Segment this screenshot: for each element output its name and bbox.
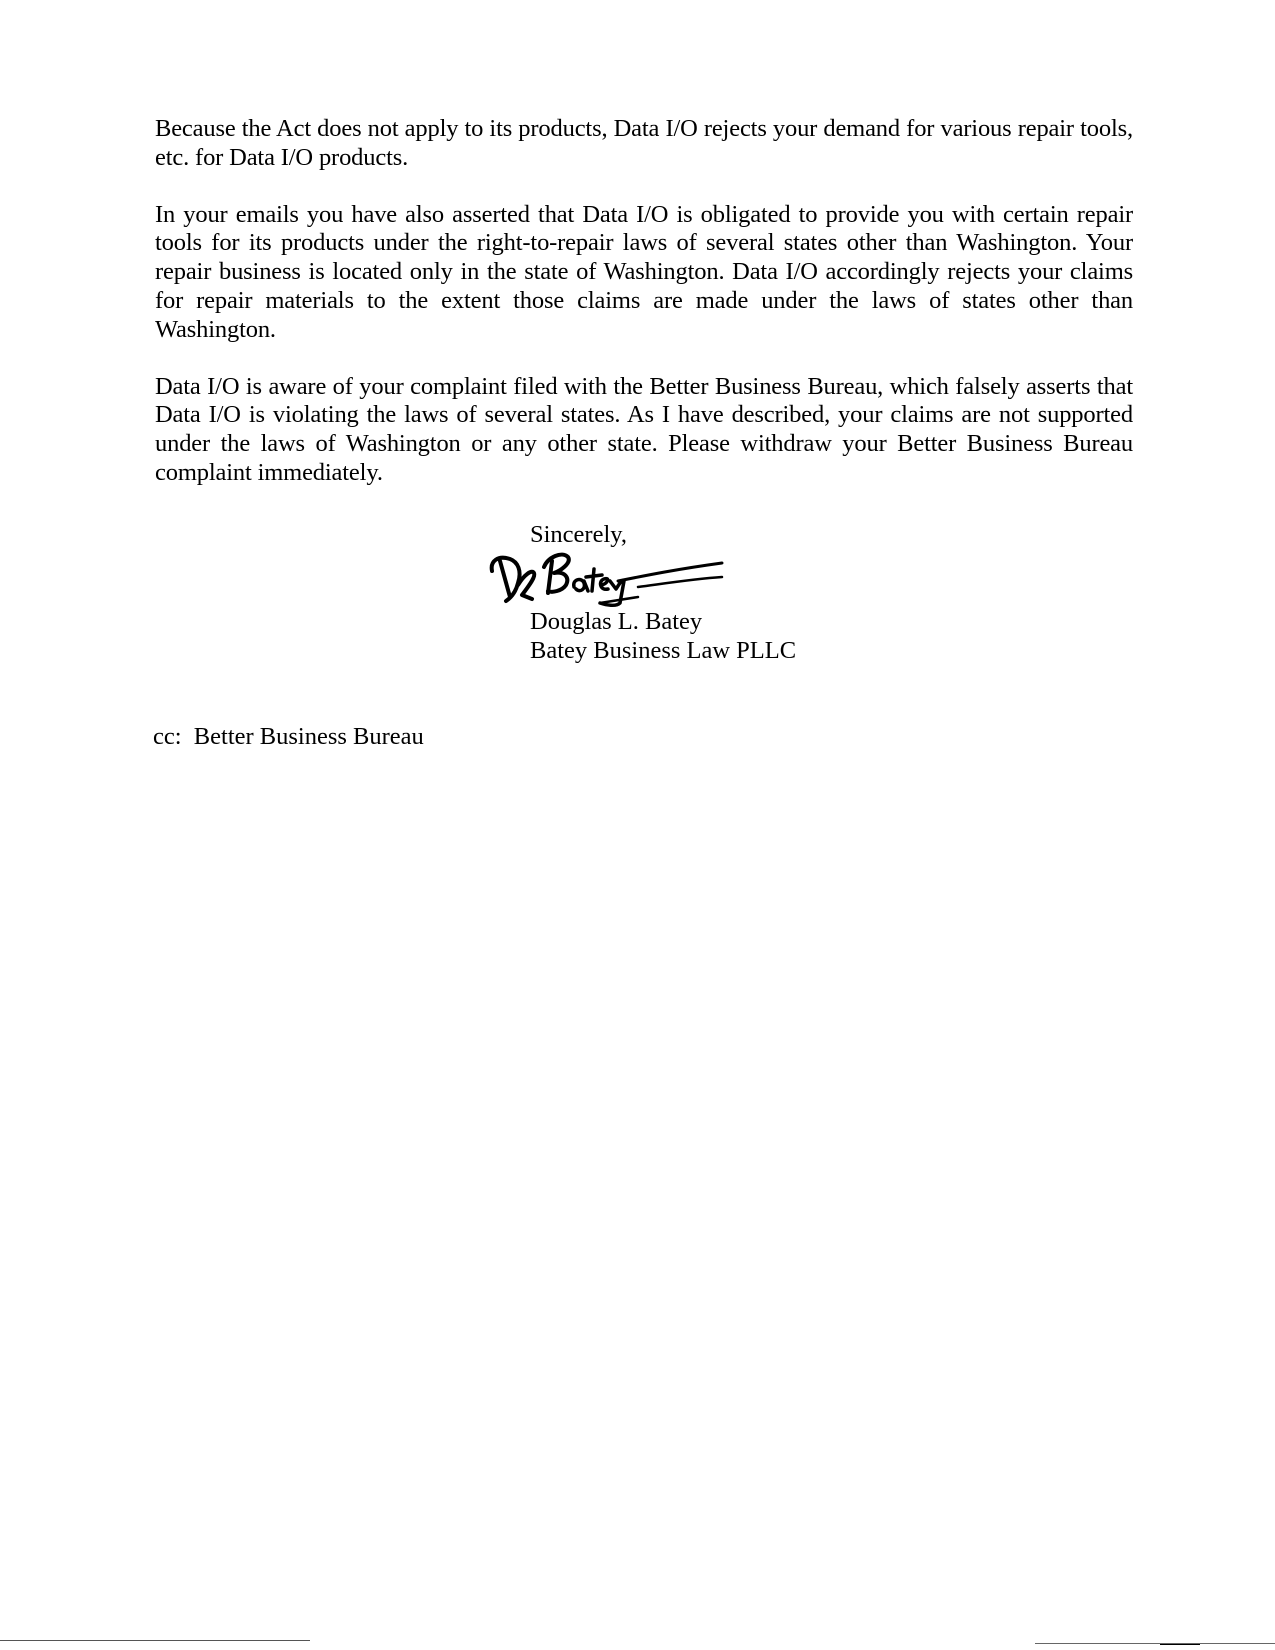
paragraph-rejection: Because the Act does not apply to its pr…: [155, 115, 1133, 173]
cc-line: cc: Better Business Bureau: [153, 723, 424, 752]
paragraph-other-states: In your emails you have also asserted th…: [155, 201, 1133, 345]
paragraph-bbb-complaint: Data I/O is aware of your complaint file…: [155, 373, 1133, 488]
signature-icon: [488, 547, 728, 609]
signer-name: Douglas L. Batey: [530, 608, 702, 637]
letter-body: Because the Act does not apply to its pr…: [155, 115, 1133, 516]
signer-firm: Batey Business Law PLLC: [530, 637, 796, 666]
closing-salutation: Sincerely,: [530, 521, 627, 550]
scan-artifact-right-2: [1160, 1644, 1200, 1645]
scan-artifact-right: [1035, 1643, 1275, 1644]
scan-artifact-left: [0, 1640, 310, 1641]
